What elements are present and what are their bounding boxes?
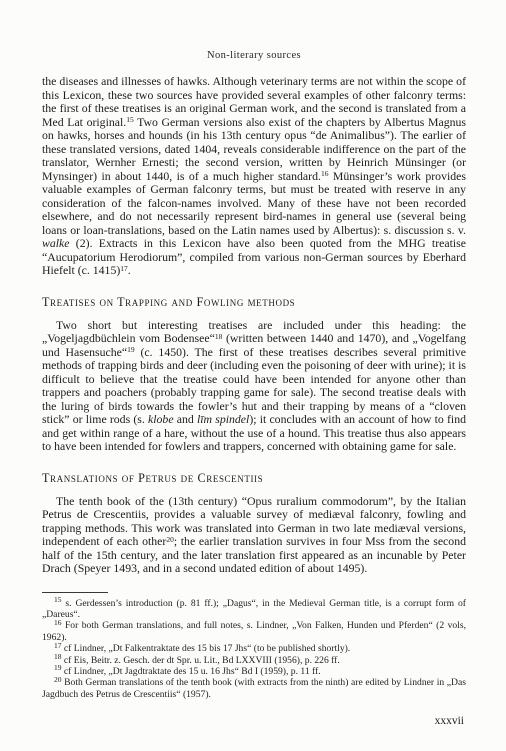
footnote-17-number: 17 <box>54 641 62 650</box>
paragraph-trapping-treatises: Two short but interesting treatises are … <box>42 319 466 454</box>
footnote-19-text: cf Lindner, „Dt Jagdtraktate des 15 u. 1… <box>64 666 321 677</box>
book-page: Non-literary sources the diseases and il… <box>0 0 506 751</box>
footnote-16-text: For both German translations, and full n… <box>42 620 466 642</box>
running-head: Non-literary sources <box>42 50 466 61</box>
footnote-20: 20 Both German translations of the tenth… <box>42 677 466 700</box>
footnote-15-number: 15 <box>54 595 62 604</box>
footnote-20-text: Both German translations of the tenth bo… <box>42 677 466 699</box>
footnote-18-text: cf Eis, Beitr. z. Gesch. der dt Spr. u. … <box>64 655 340 666</box>
footnote-17-text: cf Lindner, „Dt Falkentraktate des 15 bi… <box>64 643 350 654</box>
footnote-15: 15 s. Gerdessen’s introduction (p. 81 ff… <box>42 598 466 621</box>
footnote-18: 18 cf Eis, Beitr. z. Gesch. der dt Spr. … <box>42 655 466 666</box>
paragraph-petrus-crescentiis: The tenth book of the (13th century) “Op… <box>42 495 466 576</box>
footnote-20-number: 20 <box>54 675 62 684</box>
footnote-17: 17 cf Lindner, „Dt Falkentraktate des 15… <box>42 643 466 654</box>
page-number: xxxvii <box>435 715 464 727</box>
footnote-16-number: 16 <box>54 618 62 627</box>
footnote-19-number: 19 <box>54 663 62 672</box>
footnote-rule <box>42 592 108 593</box>
footnote-18-number: 18 <box>54 652 62 661</box>
paragraph-falconry-sources: the diseases and illnesses of hawks. Alt… <box>42 75 466 278</box>
footnote-16: 16 For both German translations, and ful… <box>42 620 466 643</box>
footnote-15-text: s. Gerdessen’s introduction (p. 81 ff.);… <box>42 598 466 620</box>
section-heading-petrus-translations: Translations of Petrus de Crescentiis <box>42 471 466 486</box>
footnotes-block: 15 s. Gerdessen’s introduction (p. 81 ff… <box>42 598 466 701</box>
section-heading-trapping-fowling: Treatises on Trapping and Fowling method… <box>42 295 466 310</box>
footnote-19: 19 cf Lindner, „Dt Jagdtraktate des 15 u… <box>42 666 466 677</box>
